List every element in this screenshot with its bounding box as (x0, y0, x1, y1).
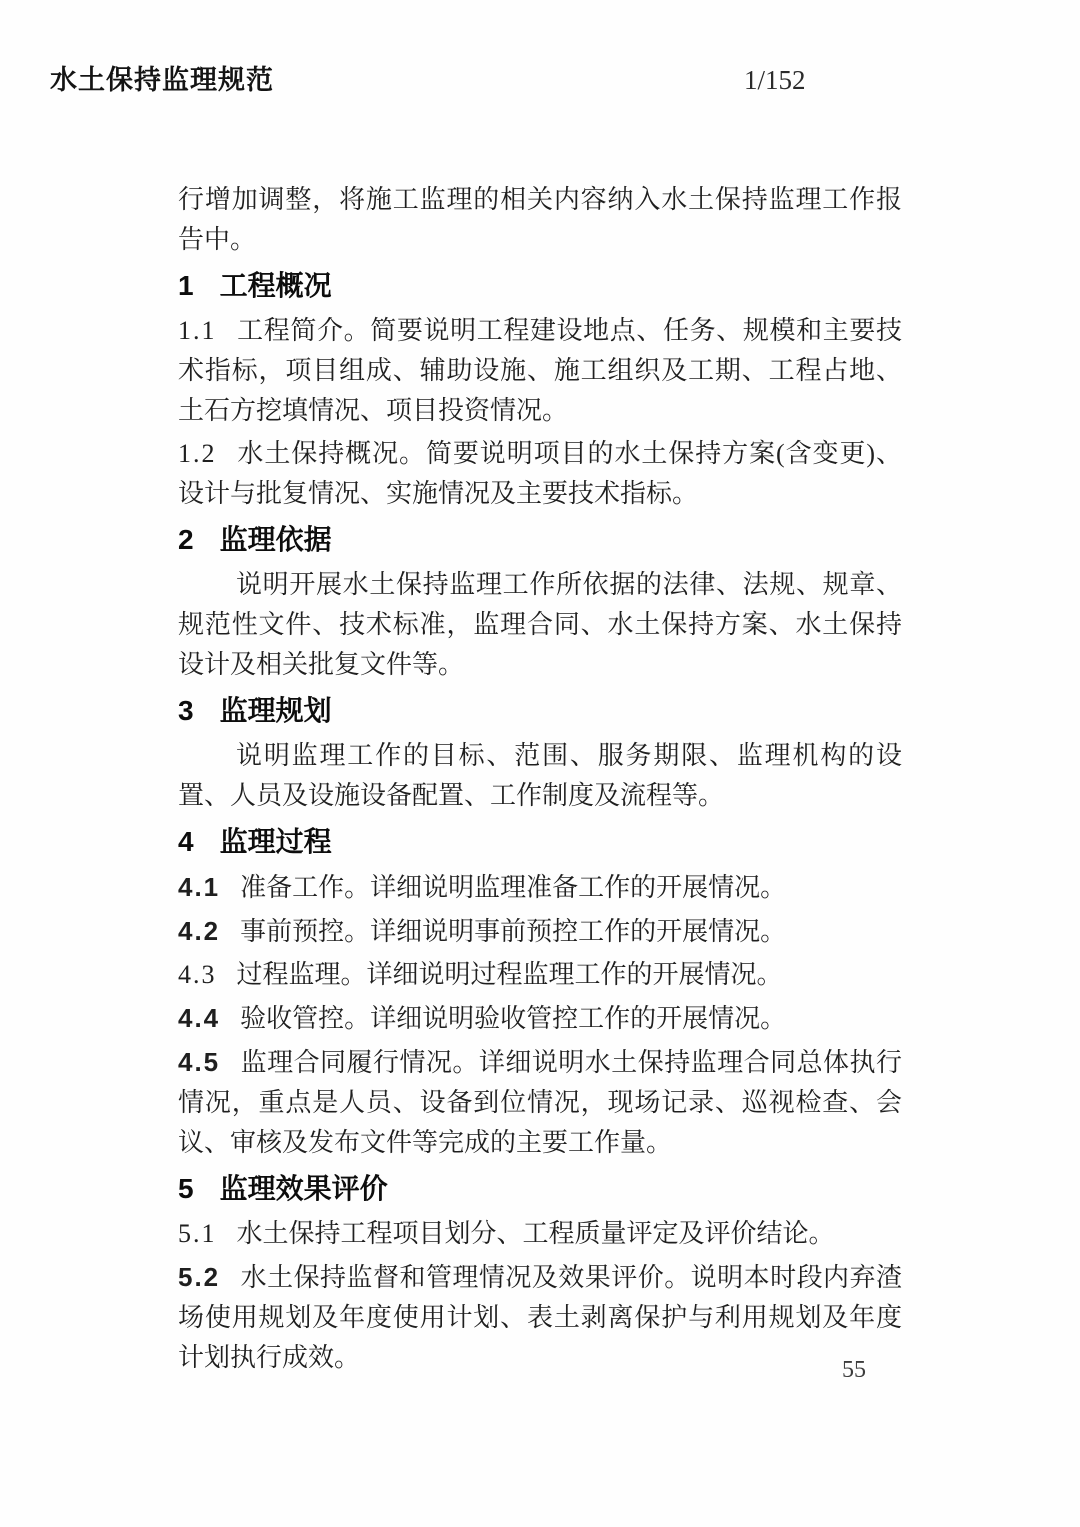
clause-paragraph: 4.1准备工作。详细说明监理准备工作的开展情况。 (178, 867, 902, 908)
clause-paragraph: 5.1水土保持工程项目划分、工程质量评定及评价结论。 (178, 1214, 902, 1254)
section-heading-3: 3监理规划 (178, 691, 902, 731)
clause-text: 准备工作。详细说明监理准备工作的开展情况。 (240, 873, 786, 902)
paragraph-text: 说明开展水土保持监理工作所依据的法律、法规、规章、规范性文件、技术标准，监理合同… (178, 570, 902, 679)
section-heading-4: 4监理过程 (178, 822, 902, 862)
clause-paragraph: 4.3过程监理。详细说明过程监理工作的开展情况。 (178, 955, 902, 995)
clause-text: 验收管控。详细说明验收管控工作的开展情况。 (240, 1004, 786, 1033)
document-title: 水土保持监理规范 (50, 64, 274, 96)
document-body: 行增加调整，将施工监理的相关内容纳入水土保持监理工作报告中。 1工程概况 1.1… (178, 180, 902, 1381)
heading-number: 5 (178, 1169, 194, 1209)
clause-text: 工程简介。简要说明工程建设地点、任务、规模和主要技术指标，项目组成、辅助设施、施… (178, 316, 902, 425)
heading-title: 监理效果评价 (220, 1173, 388, 1204)
clause-number: 4.5 (178, 1047, 220, 1077)
clause-number: 5.2 (178, 1262, 220, 1292)
clause-text: 水土保持概况。简要说明项目的水土保持方案(含变更)、设计与批复情况、实施情况及主… (178, 439, 902, 508)
heading-title: 监理规划 (220, 695, 332, 726)
heading-number: 2 (178, 520, 194, 560)
section-heading-1: 1工程概况 (178, 266, 902, 306)
heading-title: 监理依据 (220, 524, 332, 555)
document-page: 水土保持监理规范 1/152 行增加调整，将施工监理的相关内容纳入水土保持监理工… (0, 0, 1080, 1527)
clause-number: 1.2 (178, 439, 217, 468)
clause-number: 4.2 (178, 916, 220, 946)
clause-paragraph: 4.5监理合同履行情况。详细说明水土保持监理合同总体执行情况，重点是人员、设备到… (178, 1042, 902, 1163)
clause-text: 水土保持工程项目划分、工程质量评定及评价结论。 (237, 1219, 835, 1248)
clause-text: 水土保持监督和管理情况及效果评价。说明本时段内弃渣场使用规划及年度使用计划、表土… (178, 1263, 902, 1372)
heading-title: 工程概况 (220, 270, 332, 301)
page-indicator: 1/152 (744, 64, 806, 96)
heading-number: 1 (178, 266, 194, 306)
section-heading-5: 5监理效果评价 (178, 1169, 902, 1209)
clause-paragraph: 5.2水土保持监督和管理情况及效果评价。说明本时段内弃渣场使用规划及年度使用计划… (178, 1257, 902, 1378)
clause-number: 4.1 (178, 872, 220, 902)
clause-number: 4.3 (178, 960, 217, 989)
clause-text: 过程监理。详细说明过程监理工作的开展情况。 (237, 960, 783, 989)
clause-paragraph: 4.2事前预控。详细说明事前预控工作的开展情况。 (178, 911, 902, 952)
body-paragraph: 行增加调整，将施工监理的相关内容纳入水土保持监理工作报告中。 (178, 180, 902, 260)
heading-number: 4 (178, 822, 194, 862)
heading-title: 监理过程 (220, 826, 332, 857)
paragraph-text: 说明监理工作的目标、范围、服务期限、监理机构的设置、人员及设施设备配置、工作制度… (178, 741, 902, 810)
body-paragraph: 说明监理工作的目标、范围、服务期限、监理机构的设置、人员及设施设备配置、工作制度… (178, 736, 902, 816)
clause-number: 5.1 (178, 1219, 217, 1248)
clause-paragraph: 4.4验收管控。详细说明验收管控工作的开展情况。 (178, 998, 902, 1039)
clause-text: 监理合同履行情况。详细说明水土保持监理合同总体执行情况，重点是人员、设备到位情况… (178, 1048, 902, 1157)
clause-text: 事前预控。详细说明事前预控工作的开展情况。 (240, 917, 786, 946)
clause-number: 4.4 (178, 1003, 220, 1033)
page-number-footer: 55 (842, 1355, 866, 1385)
body-paragraph: 说明开展水土保持监理工作所依据的法律、法规、规章、规范性文件、技术标准，监理合同… (178, 565, 902, 685)
paragraph-text: 行增加调整，将施工监理的相关内容纳入水土保持监理工作报告中。 (178, 185, 902, 254)
clause-paragraph: 1.1工程简介。简要说明工程建设地点、任务、规模和主要技术指标，项目组成、辅助设… (178, 311, 902, 431)
heading-number: 3 (178, 691, 194, 731)
clause-number: 1.1 (178, 316, 217, 345)
section-heading-2: 2监理依据 (178, 520, 902, 560)
clause-paragraph: 1.2水土保持概况。简要说明项目的水土保持方案(含变更)、设计与批复情况、实施情… (178, 434, 902, 514)
